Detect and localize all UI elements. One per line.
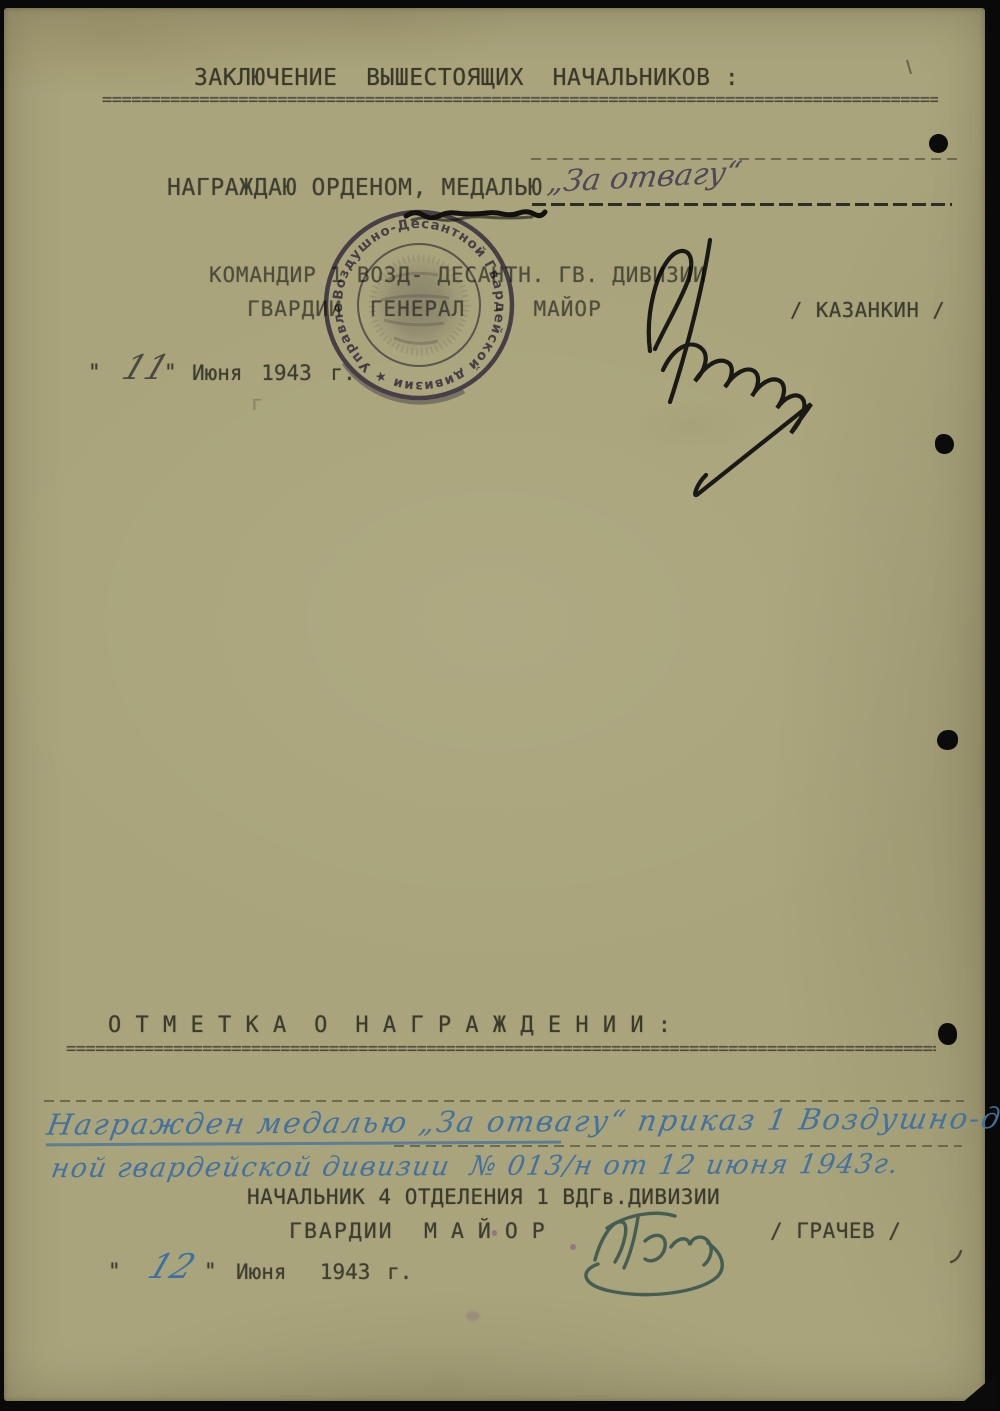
conclusion-heading: ЗАКЛЮЧЕНИЕ ВЫШЕСТОЯЩИХ НАЧАЛЬНИКОВ : bbox=[194, 65, 739, 91]
stray-mark bbox=[951, 1251, 961, 1262]
date1-month-year: Июня 1943 г. bbox=[192, 361, 356, 385]
award-underline bbox=[532, 203, 952, 206]
form-line-award-top bbox=[531, 158, 962, 160]
commander-rank-line: ГВАРДИИ ГЕНЕРАЛ - МАЙОР bbox=[247, 297, 602, 321]
date2-day-handwritten: 12 bbox=[143, 1247, 201, 1287]
pen-scribble-underline bbox=[406, 212, 545, 221]
form-line-note-mid bbox=[394, 1145, 962, 1147]
chief-title-line: НАЧАЛЬНИК 4 ОТДЕЛЕНИЯ 1 ВДГв.ДИВИЗИИ bbox=[247, 1185, 720, 1209]
award-label: НАГРАЖДАЮ ОРДЕНОМ, МЕДАЛЬЮ bbox=[167, 175, 543, 201]
date2-open-quote: " bbox=[108, 1259, 121, 1283]
commander-title-line: КОМАНДИР 1 ВОЗД- ДЕСАНТН. ГВ. ДИВИЗИИ bbox=[209, 263, 706, 287]
ink-speck bbox=[570, 1244, 576, 1250]
award-value-handwritten: „За отвагу“ bbox=[545, 155, 744, 200]
chief-rank-word: ГВАРДИИ bbox=[289, 1219, 394, 1244]
chief-signature-name: / ГРАЧЕВ / bbox=[770, 1219, 901, 1243]
stray-typed-mark: г bbox=[251, 391, 263, 415]
ink-smudge bbox=[466, 1311, 480, 1321]
punch-hole bbox=[937, 730, 958, 750]
commander-signature-name: / КАЗАНКИН / bbox=[790, 298, 945, 322]
document-paper: ЗАКЛЮЧЕНИЕ ВЫШЕСТОЯЩИХ НАЧАЛЬНИКОВ : ===… bbox=[4, 8, 985, 1401]
double-rule-top: ========================================… bbox=[102, 90, 938, 112]
scanned-document: ЗАКЛЮЧЕНИЕ ВЫШЕСТОЯЩИХ НАЧАЛЬНИКОВ : ===… bbox=[0, 0, 1000, 1411]
handwritten-note-line1: Награжден медалью „За отвагу“ приказ 1 В… bbox=[44, 1100, 1000, 1141]
handwritten-note-line2: ной гвардейской дивизии № 013/н от 12 ию… bbox=[49, 1149, 902, 1184]
stray-mark bbox=[907, 60, 911, 74]
date1-open-quote: " bbox=[88, 360, 101, 384]
punch-hole bbox=[929, 134, 948, 153]
date1-close-quote: " bbox=[164, 360, 177, 384]
double-rule-bottom: ========================================… bbox=[66, 1039, 936, 1061]
punch-hole bbox=[935, 434, 954, 454]
date2-close-quote: " bbox=[204, 1259, 217, 1283]
punch-hole bbox=[938, 1023, 957, 1045]
ink-speck bbox=[492, 1230, 497, 1236]
award-note-heading: О Т М Е Т К А О Н А Г Р А Ж Д Е Н И И : bbox=[108, 1013, 672, 1038]
chief-signature bbox=[586, 1213, 722, 1294]
date2-month-year: Июня 1943 г. bbox=[236, 1260, 412, 1284]
